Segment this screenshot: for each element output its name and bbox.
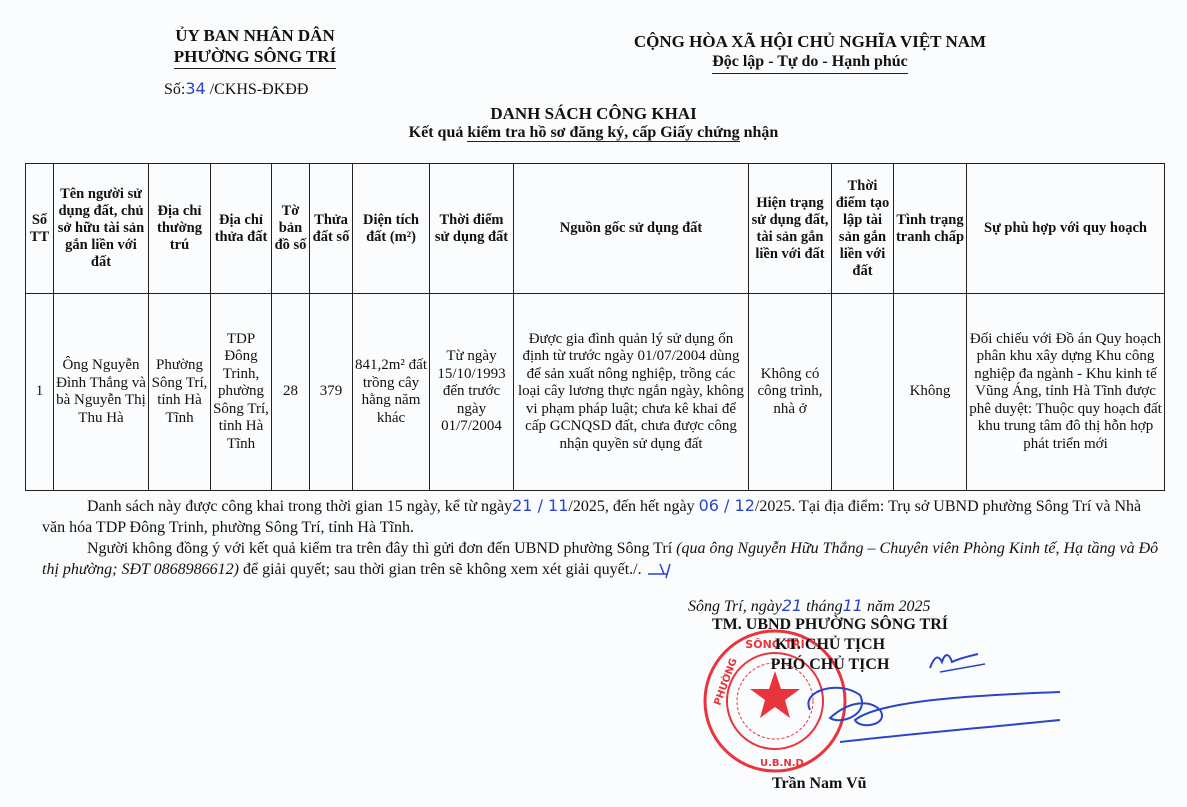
column-header: Thời điểm sử dụng đất [430, 164, 514, 294]
agency-line-1: ỦY BAN NHÂN DÂN [140, 25, 370, 46]
table-cell: 28 [272, 294, 310, 491]
column-header: Thửa đất số [310, 164, 353, 294]
svg-text:U.B.N.D: U.B.N.D [760, 758, 804, 769]
issuing-agency: ỦY BAN NHÂN DÂN PHƯỜNG SÔNG TRÍ [140, 25, 370, 69]
table-cell: Ông Nguyễn Đình Thắng và bà Nguyễn Thị T… [54, 294, 149, 491]
handwritten-from-month: 11 [548, 496, 568, 515]
publication-notice: Danh sách này được công khai trong thời … [42, 495, 1162, 538]
table-cell: 841,2m² đất trồng cây hằng năm khác [353, 294, 430, 491]
column-header: Diện tích đất (m²) [353, 164, 430, 294]
land-record-table: Số TTTên người sử dụng đất, chủ sở hữu t… [25, 163, 1165, 491]
column-header: Nguồn gốc sử dụng đất [514, 164, 749, 294]
handwritten-from-day: 21 [512, 496, 532, 515]
table-cell: 379 [310, 294, 353, 491]
table-cell: 1 [26, 294, 54, 491]
agency-line-2: PHƯỜNG SÔNG TRÍ [174, 46, 336, 69]
column-header: Số TT [26, 164, 54, 294]
handwritten-to-month: 12 [735, 496, 755, 515]
initial-mark-icon [646, 560, 674, 580]
table-cell [832, 294, 894, 491]
table-header-row: Số TTTên người sử dụng đất, chủ sở hữu t… [26, 164, 1165, 294]
table-cell: Không [894, 294, 967, 491]
signer-name: Trần Nam Vũ [772, 775, 867, 793]
objection-notice: Người không đồng ý với kết quả kiểm tra … [42, 538, 1162, 580]
handwritten-to-day: 06 [699, 496, 719, 515]
document-title: DANH SÁCH CÔNG KHAI [0, 104, 1187, 124]
table-cell: TDP Đông Trinh, phường Sông Trí, tỉnh Hà… [211, 294, 272, 491]
handwritten-signature-icon [800, 640, 1070, 750]
national-title: CỘNG HÒA XÃ HỘI CHỦ NGHĨA VIỆT NAM [590, 32, 1030, 52]
column-header: Địa chỉ thường trú [149, 164, 211, 294]
column-header: Tên người sử dụng đất, chủ sở hữu tài sả… [54, 164, 149, 294]
column-header: Hiện trạng sử dụng đất, tài sản gắn liền… [749, 164, 832, 294]
place-and-date: Sông Trí, ngày21 tháng11 năm 2025 [688, 596, 931, 616]
column-header: Sự phù hợp với quy hoạch [967, 164, 1165, 294]
table-cell: Phường Sông Trí, tỉnh Hà Tĩnh [149, 294, 211, 491]
table-cell: Đối chiếu với Đồ án Quy hoạch phân khu x… [967, 294, 1165, 491]
document-subtitle: Kết quả kiểm tra hồ sơ đăng ký, cấp Giấy… [409, 124, 779, 142]
column-header: Địa chỉ thửa đất [211, 164, 272, 294]
table-cell: Không có công trình, nhà ở [749, 294, 832, 491]
column-header: Tờ bản đồ số [272, 164, 310, 294]
table-cell: Được gia đình quản lý sử dụng ổn định từ… [514, 294, 749, 491]
handwritten-doc-number: 34 [185, 79, 205, 98]
national-motto: Độc lập - Tự do - Hạnh phúc [712, 53, 908, 74]
document-number: Số:34 /CKHS-ĐKĐĐ [164, 79, 308, 99]
column-header: Thời điểm tạo lập tài sản gắn liền với đ… [832, 164, 894, 294]
table-cell: Từ ngày 15/10/1993 đến trước ngày 01/7/2… [430, 294, 514, 491]
column-header: Tình trạng tranh chấp [894, 164, 967, 294]
table-row: 1Ông Nguyễn Đình Thắng và bà Nguyễn Thị … [26, 294, 1165, 491]
